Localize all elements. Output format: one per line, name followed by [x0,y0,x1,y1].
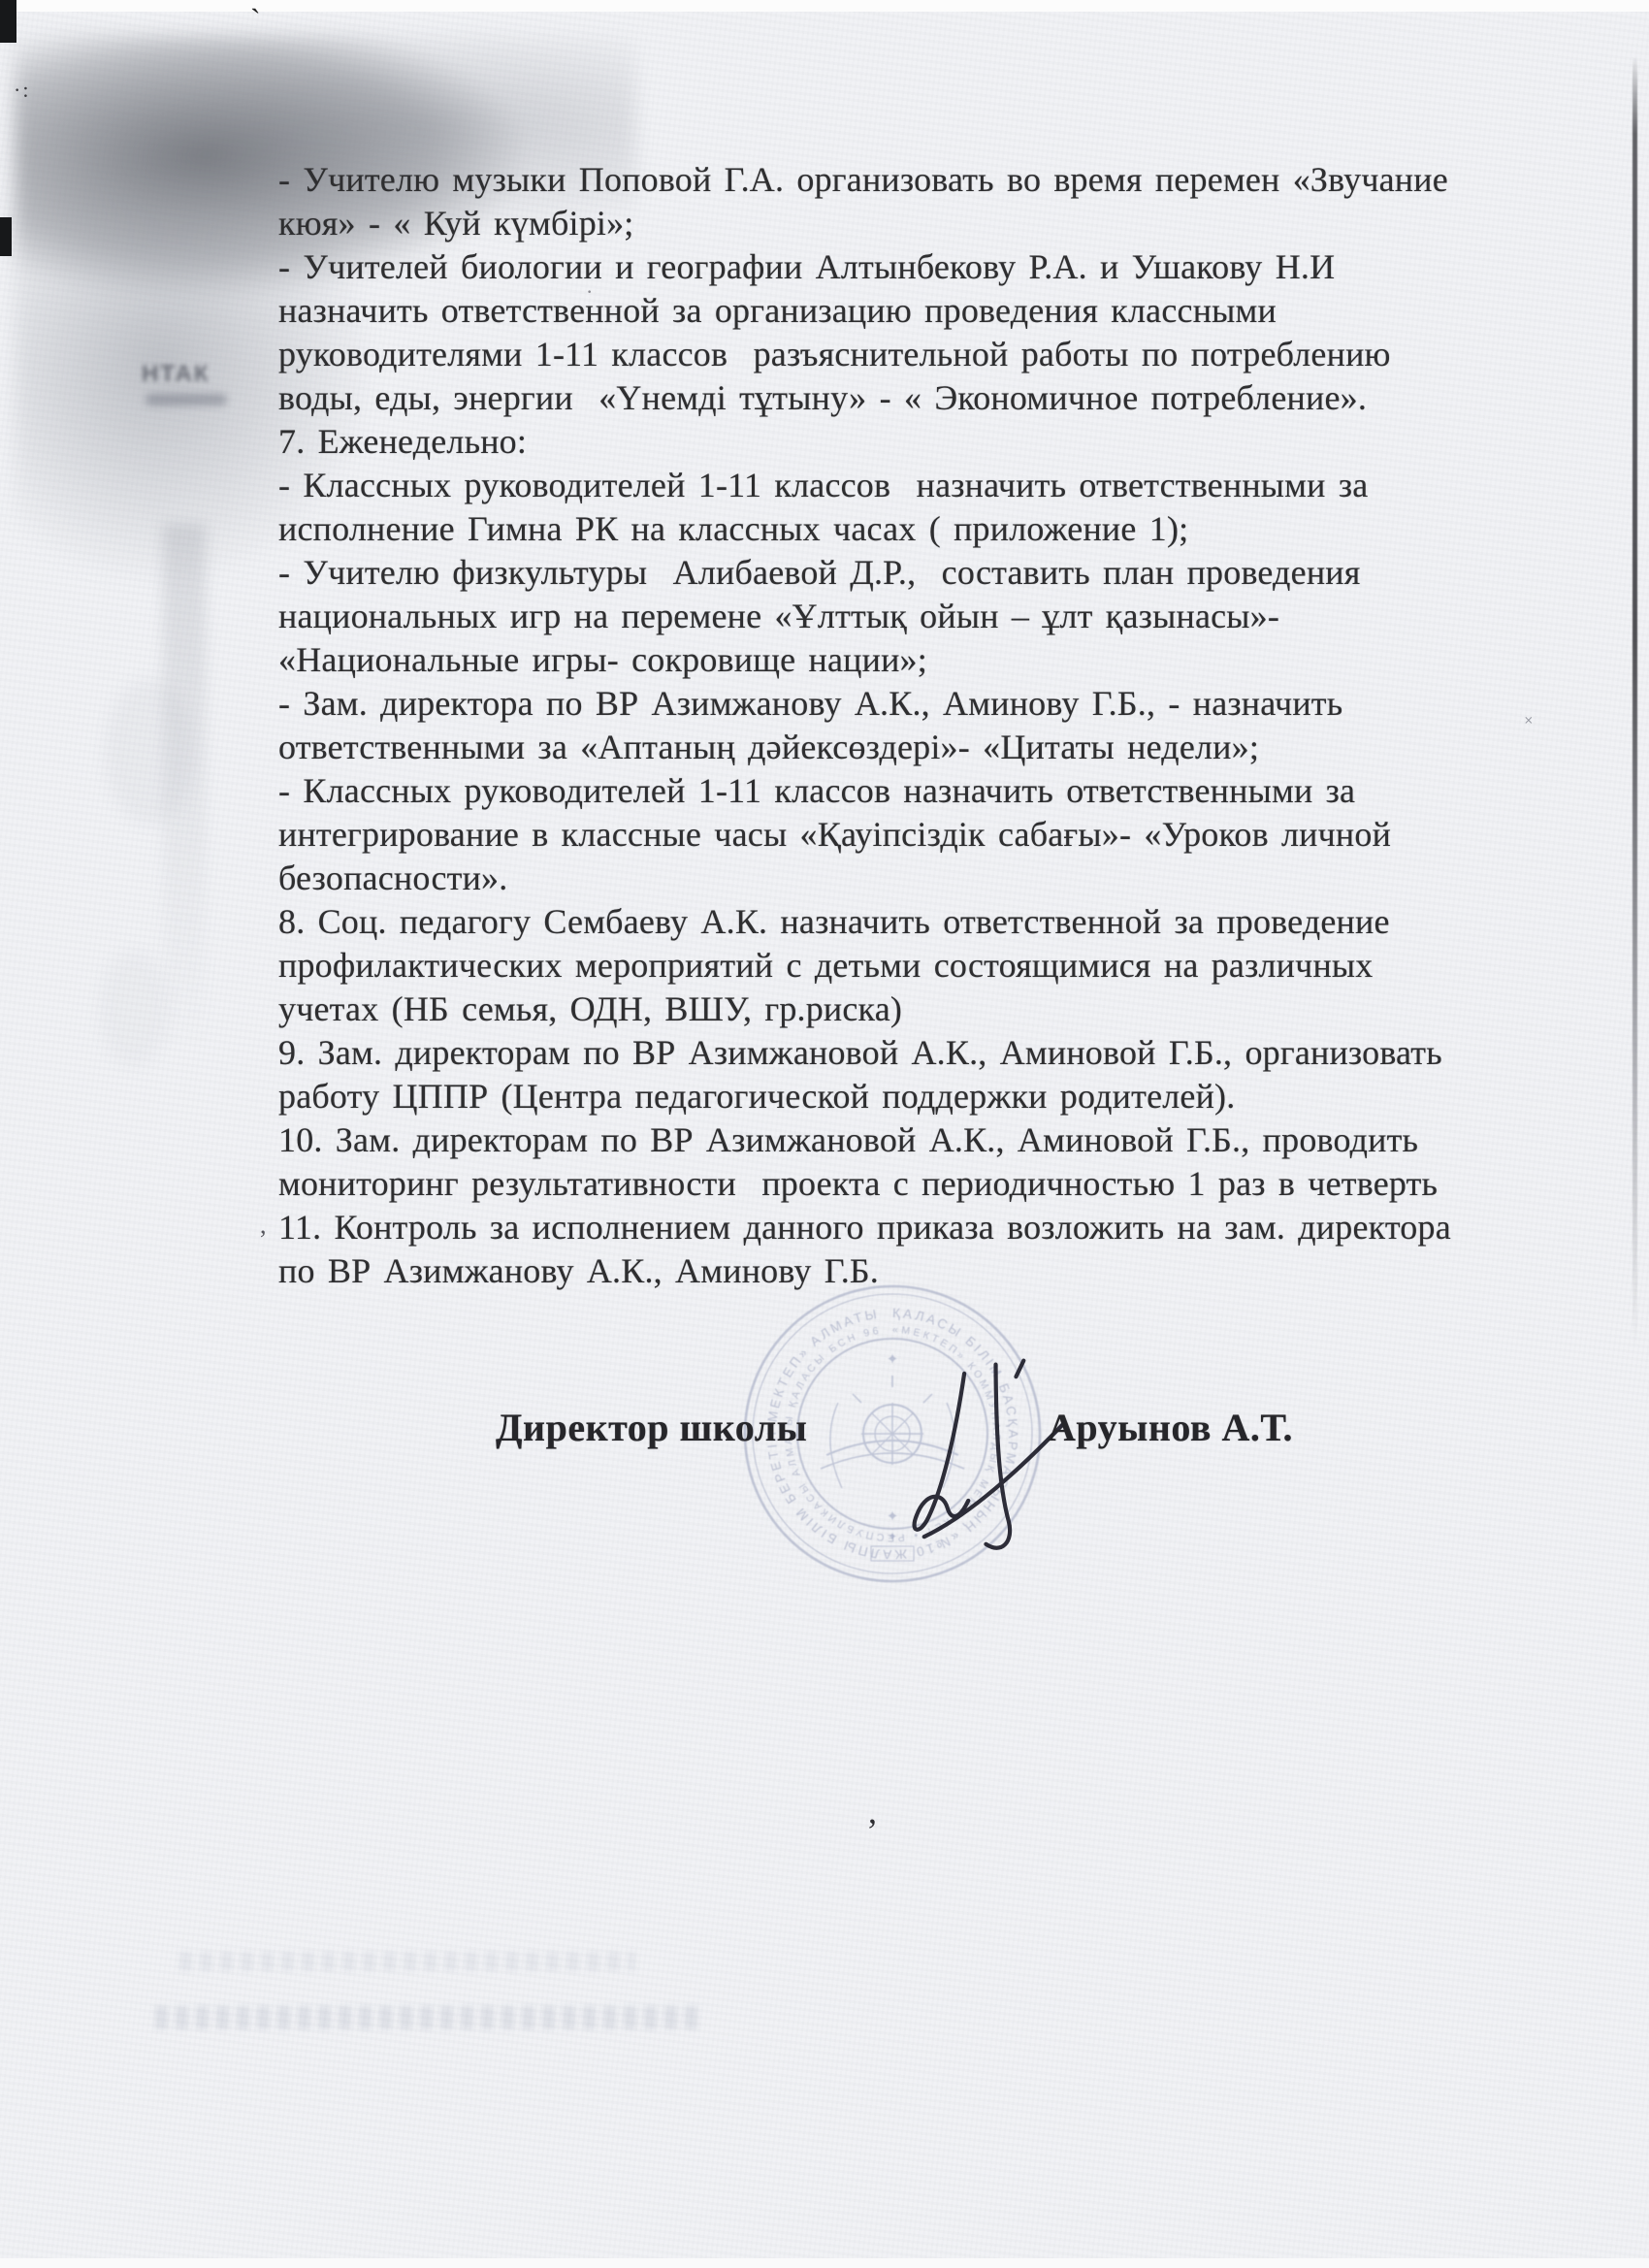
order-text-block: - Учителю музыки Поповой Г.А. организова… [278,158,1578,1293]
text-line: работу ЦППР (Центра педагогической подде… [278,1075,1578,1118]
text-line: - Учителей биологии и географии Алтынбек… [278,245,1578,289]
text-line: - Классных руководителей 1-11 классов на… [278,464,1578,507]
footer-role-label: Директор школы [496,1405,807,1450]
text-line: национальных игр на перемене «Ұлттық ойы… [278,595,1578,638]
text-line: исполнение Гимна РК на классных часах ( … [278,507,1578,551]
text-line: мониторинг результативности проекта с пе… [278,1162,1578,1206]
text-line: 7. Еженедельно: [278,420,1578,464]
text-line: безопасности». [278,857,1578,900]
text-line: - Зам. директора по ВР Азимжанову А.К., … [278,682,1578,726]
scan-speck: ·: [14,78,30,103]
bleed-through-band [179,1952,635,1971]
footer-director-name: Аруынов А.Т. [1048,1405,1293,1450]
text-line: - Классных руководителей 1-11 классов на… [278,769,1578,813]
text-line: ответственными за «Аптаның дәйексөздері»… [278,726,1578,769]
scan-speck: ˋ [250,2,261,38]
text-line: интегрирование в классные часы «Қауіпсіз… [278,813,1578,857]
text-line: учетах (НБ семья, ОДН, ВШУ, гр.риска) [278,988,1578,1031]
left-margin-smudge [105,679,194,825]
scan-edge-artifact [0,217,12,256]
bleed-through-text: НТАК [142,361,210,388]
text-line: воды, еды, энергии «Үнемді тұтыну» - « Э… [278,376,1578,420]
text-line: «Национальные игры- сокровище нации»; [278,638,1578,682]
scanned-document-page: НТАК - Учителю музыки Поповой Г.А. орган… [0,0,1649,2268]
text-line: 8. Соц. педагогу Сембаеву А.К. назначить… [278,900,1578,944]
text-line: - Учителю музыки Поповой Г.А. организова… [278,158,1578,202]
text-line: кюя» - « Куй күмбірі»; [278,202,1578,245]
page-edge-line [1633,56,1637,1346]
bleed-through-band [155,2006,698,2029]
text-line: 11. Контроль за исполнением данного прик… [278,1206,1578,1249]
scan-speck: ˟ [1525,714,1533,736]
scan-speck: , [868,1791,877,1831]
text-line: 9. Зам. директорам по ВР Азимжановой А.К… [278,1031,1578,1075]
director-signature-ink [870,1332,1089,1578]
signature-icon [870,1332,1089,1578]
scan-edge-artifact [0,0,16,43]
scan-speck: · [586,279,593,305]
text-line: руководителями 1-11 классов разъяснитель… [278,333,1578,376]
scanner-bed-bottom-edge [0,2258,1649,2268]
text-line: назначить ответственной за организацию п… [278,289,1578,333]
scanner-bed-top-edge [0,0,1649,12]
bleed-through-smudge [145,394,227,405]
scan-speck: , [260,1211,267,1240]
text-line: 10. Зам. директорам по ВР Азимжановой А.… [278,1118,1578,1162]
text-line: профилактических мероприятий с детьми со… [278,944,1578,988]
left-margin-smudge [99,951,169,1067]
text-line: - Учителю физкультуры Алибаевой Д.Р., со… [278,551,1578,595]
